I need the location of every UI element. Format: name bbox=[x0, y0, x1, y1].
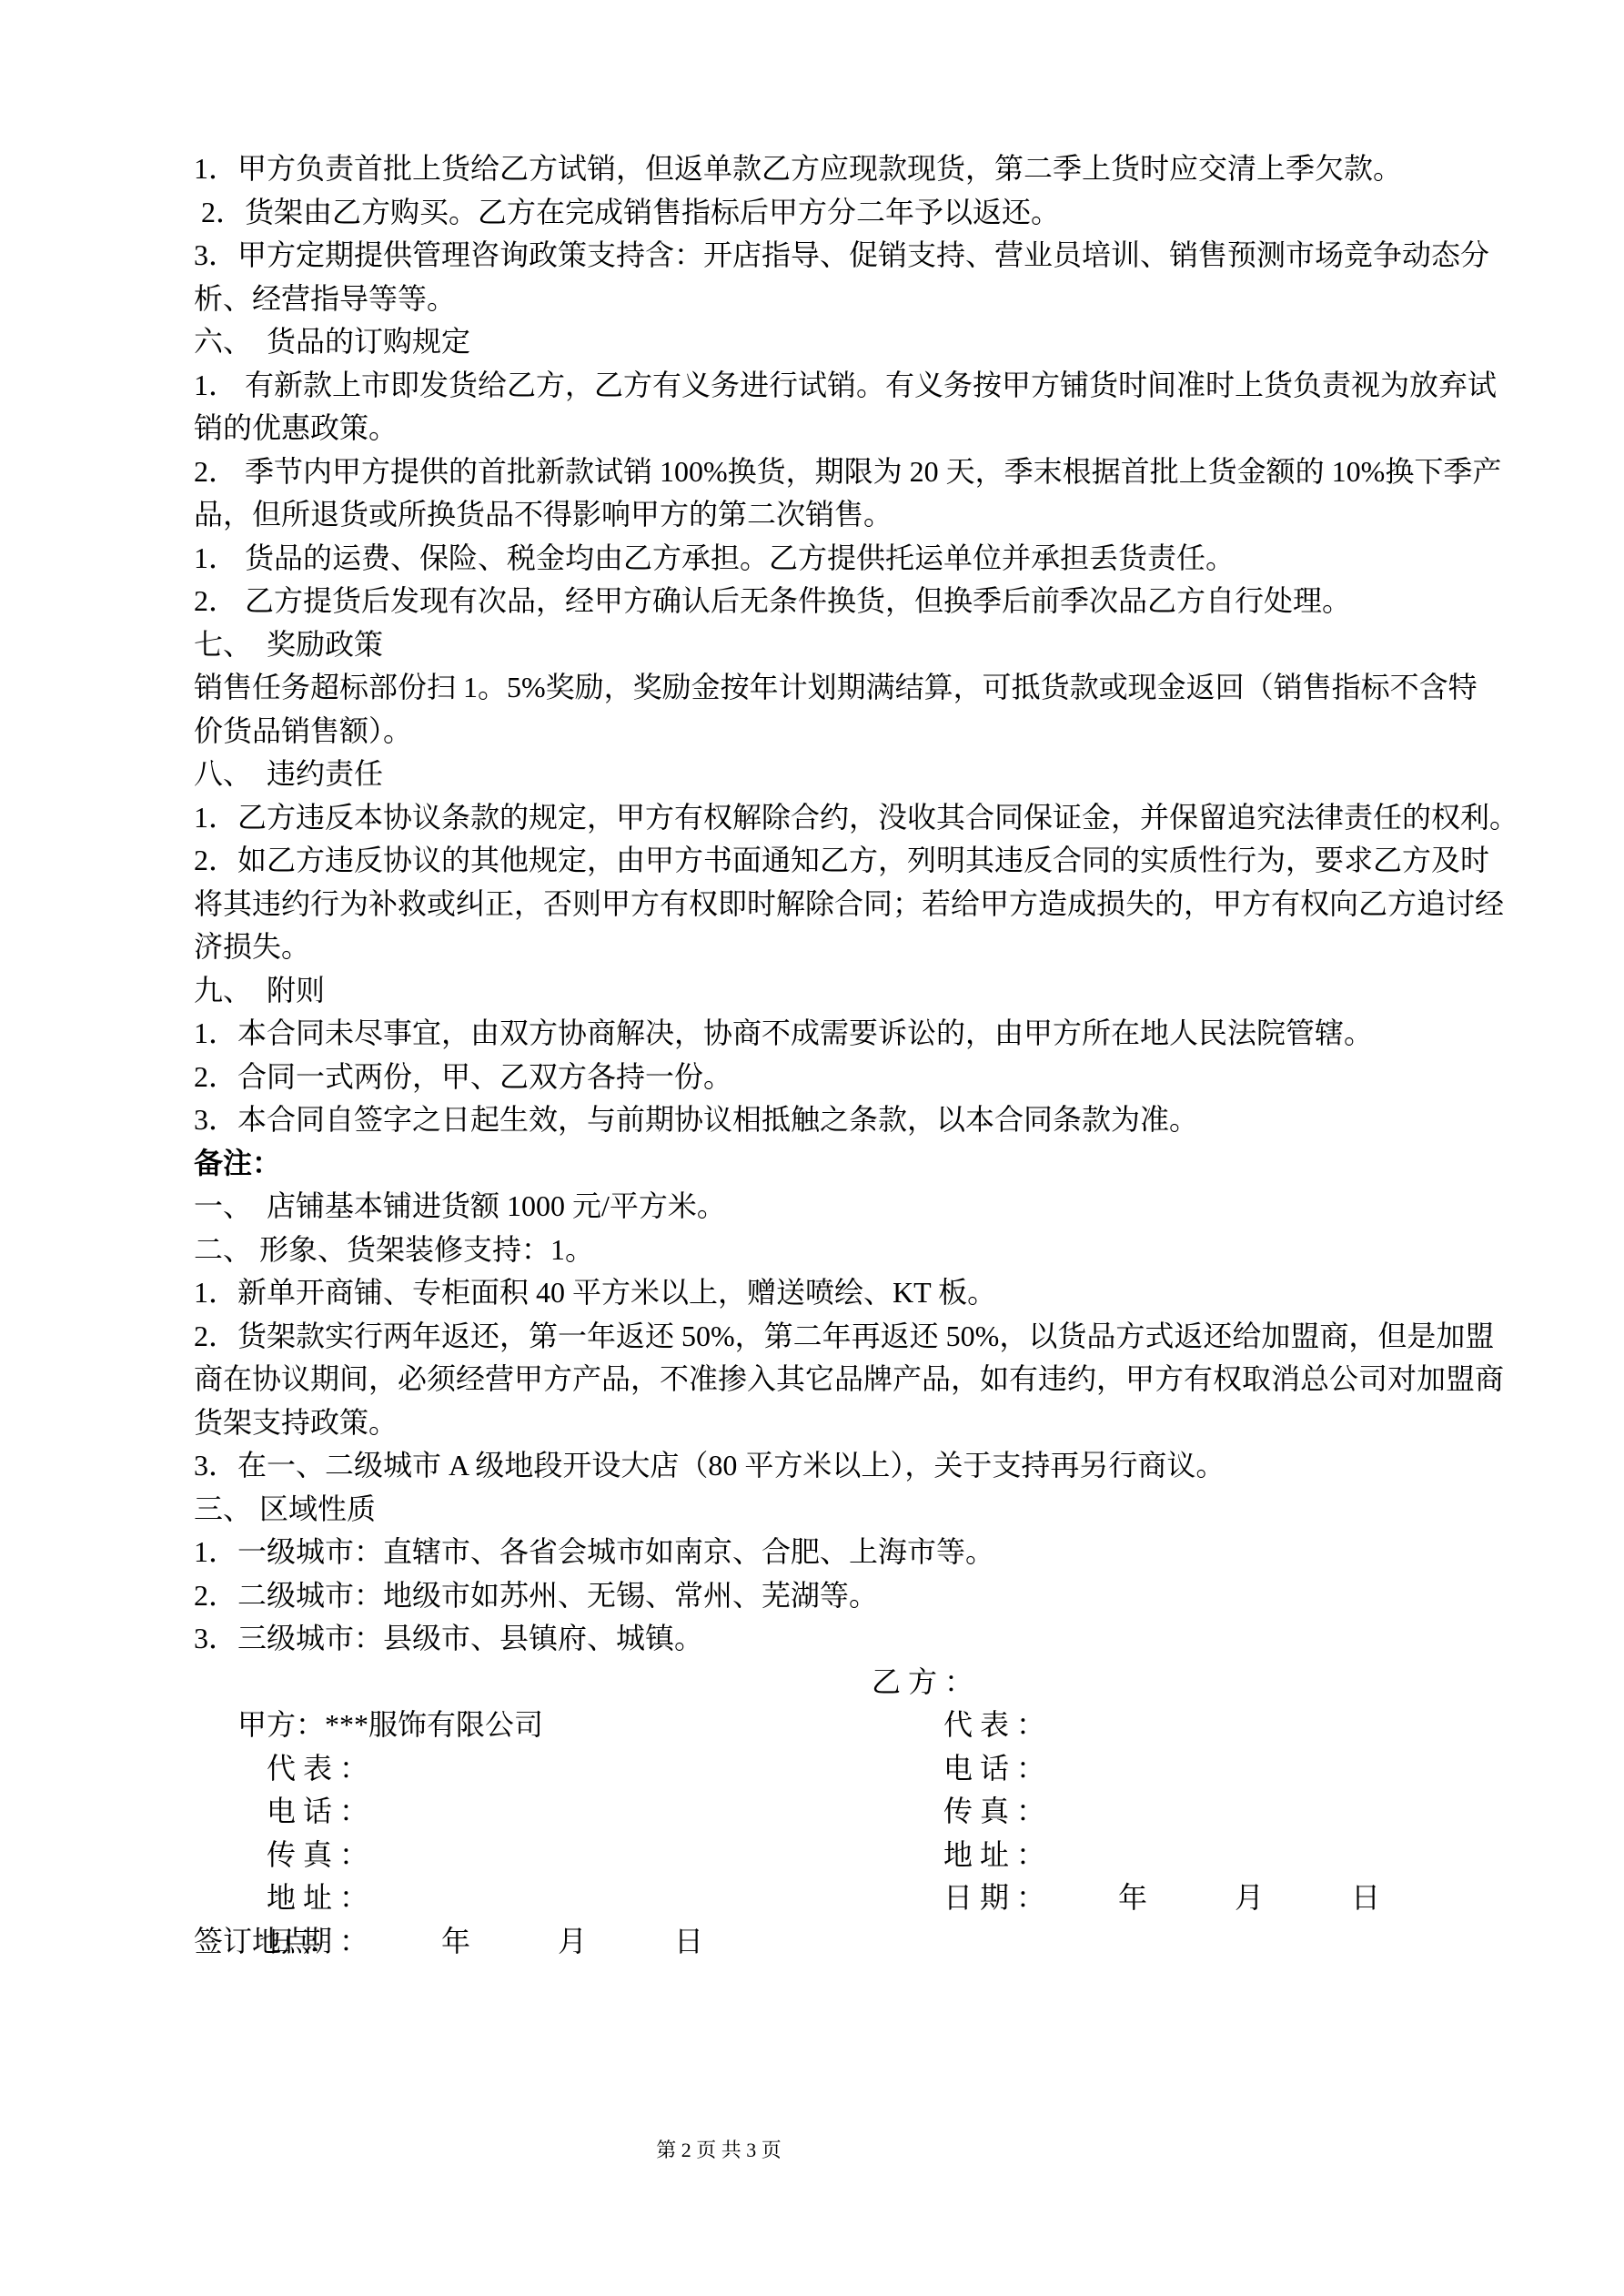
signature-label-party-b: 传 真 ： bbox=[943, 1790, 1045, 1834]
text-line: 2．二级城市：地级市如苏州、无锡、常州、芜湖等。 bbox=[194, 1574, 1624, 1618]
party-b-label: 乙 方 ： bbox=[872, 1661, 973, 1704]
signature-label-party-b: 日 期 ： 年 月 日 bbox=[943, 1876, 1380, 1920]
signature-label-party-b: 地 址 ： bbox=[943, 1834, 1045, 1877]
document-page: 1．甲方负责首批上货给乙方试销，但返单款乙方应现款现货，第二季上货时应交清上季欠… bbox=[0, 0, 1624, 2296]
text-line: 三、 区域性质 bbox=[194, 1488, 1624, 1532]
signature-rows: 代 表 ： 代 表 ： 电 话 ： 电 话 ： 传 真 ： 传 真 ： 地 址 … bbox=[194, 1704, 1624, 1920]
signature-label-party-a: 日 期 ： 年 月 日 bbox=[267, 1925, 703, 1957]
signature-row: 电 话 ： 电 话 ： bbox=[194, 1747, 1624, 1791]
signature-row: 代 表 ： 代 表 ： bbox=[194, 1704, 1624, 1747]
text-line: 销的优惠政策。 bbox=[194, 407, 1624, 450]
text-line: 2．合同一式两份，甲、乙双方各持一份。 bbox=[194, 1056, 1624, 1099]
text-line: 2．货架由乙方购买。乙方在完成销售指标后甲方分二年予以返还。 bbox=[194, 191, 1624, 235]
text-line: 货架支持政策。 bbox=[194, 1401, 1624, 1445]
text-line: 价货品销售额）。 bbox=[194, 710, 1624, 754]
text-line: 八、 违约责任 bbox=[194, 753, 1624, 796]
text-line: 备注： bbox=[194, 1142, 1624, 1186]
signature-row: 日 期 ： 年 月 日 日 期 ： 年 月 日 bbox=[194, 1876, 1624, 1920]
text-line: 2． 乙方提货后发现有次品，经甲方确认后无条件换货，但换季后前季次品乙方自行处理… bbox=[194, 580, 1624, 623]
text-line: 九、 附则 bbox=[194, 969, 1624, 1013]
text-line: 1． 有新款上市即发货给乙方，乙方有义务进行试销。有义务按甲方铺货时间准时上货负… bbox=[194, 364, 1624, 408]
text-line: 析、经营指导等等。 bbox=[194, 278, 1624, 321]
party-row: 甲方：***服饰有限公司 乙 方 ： bbox=[194, 1661, 1624, 1704]
text-line: 1．乙方违反本协议条款的规定，甲方有权解除合约，没收其合同保证金，并保留追究法律… bbox=[194, 796, 1624, 840]
text-line: 将其违约行为补救或纠正，否则甲方有权即时解除合同；若给甲方造成损失的，甲方有权向… bbox=[194, 883, 1624, 926]
text-line: 1．甲方负责首批上货给乙方试销，但返单款乙方应现款现货，第二季上货时应交清上季欠… bbox=[194, 147, 1624, 191]
text-line: 2．如乙方违反协议的其他规定，由甲方书面通知乙方，列明其违反合同的实质性行为，要… bbox=[194, 839, 1624, 883]
page-number-footer: 第 2 页 共 3 页 bbox=[0, 2137, 1437, 2164]
text-line: 六、 货品的订购规定 bbox=[194, 320, 1624, 364]
text-line: 3．三级城市：县级市、县镇府、城镇。 bbox=[194, 1617, 1624, 1661]
text-line: 二、 形象、货架装修支持：1。 bbox=[194, 1229, 1624, 1272]
signature-label-party-b: 代 表 ： bbox=[943, 1704, 1045, 1747]
text-line: 销售任务超标部份扫 1。5%奖励，奖励金按年计划期满结算，可抵货款或现金返回（销… bbox=[194, 666, 1624, 710]
text-line: 七、 奖励政策 bbox=[194, 623, 1624, 667]
signature-label-party-b: 电 话 ： bbox=[943, 1747, 1045, 1791]
signature-row: 传 真 ： 传 真 ： bbox=[194, 1790, 1624, 1834]
text-line: 2． 季节内甲方提供的首批新款试销 100%换货，期限为 20 天，季末根据首批… bbox=[194, 450, 1624, 494]
text-line: 3．在一、二级城市 A 级地段开设大店（80 平方米以上），关于支持再另行商议。 bbox=[194, 1444, 1624, 1488]
text-line: 3．甲方定期提供管理咨询政策支持含：开店指导、促销支持、营业员培训、销售预测市场… bbox=[194, 234, 1624, 278]
text-line: 1．一级城市：直辖市、各省会城市如南京、合肥、上海市等。 bbox=[194, 1531, 1624, 1574]
text-line: 商在协议期间，必须经营甲方产品，不准掺入其它品牌产品，如有违约，甲方有权取消总公… bbox=[194, 1358, 1624, 1401]
text-line: 1．本合同未尽事宜，由双方协商解决，协商不成需要诉讼的，由甲方所在地人民法院管辖… bbox=[194, 1012, 1624, 1056]
text-line: 一、 店铺基本铺进货额 1000 元/平方米。 bbox=[194, 1185, 1624, 1229]
text-line: 济损失。 bbox=[194, 925, 1624, 969]
text-line: 3．本合同自签字之日起生效，与前期协议相抵触之条款，以本合同条款为准。 bbox=[194, 1098, 1624, 1142]
text-line: 1．新单开商铺、专柜面积 40 平方米以上，赠送喷绘、KT 板。 bbox=[194, 1271, 1624, 1315]
text-line: 1． 货品的运费、保险、税金均由乙方承担。乙方提供托运单位并承担丢货责任。 bbox=[194, 537, 1624, 581]
text-line: 2．货架款实行两年返还，第一年返还 50%，第二年再返还 50%，以货品方式返还… bbox=[194, 1315, 1624, 1359]
signature-row: 地 址 ： 地 址 ： bbox=[194, 1834, 1624, 1877]
text-line: 品，但所退货或所换货品不得影响甲方的第二次销售。 bbox=[194, 493, 1624, 537]
contract-text: 1．甲方负责首批上货给乙方试销，但返单款乙方应现款现货，第二季上货时应交清上季欠… bbox=[194, 147, 1624, 1963]
body-lines: 1．甲方负责首批上货给乙方试销，但返单款乙方应现款现货，第二季上货时应交清上季欠… bbox=[194, 147, 1624, 1661]
